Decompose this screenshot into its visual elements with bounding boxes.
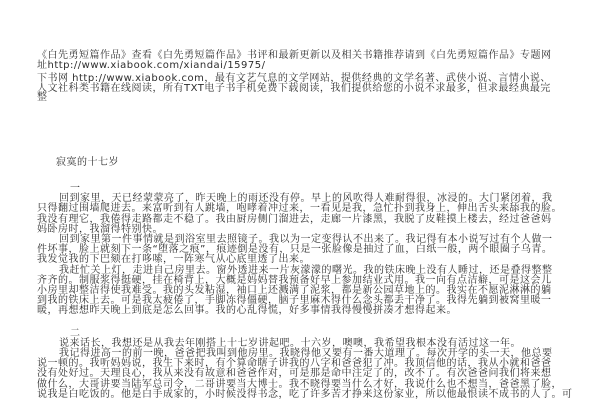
site-promo-note: 《白先勇短篇作品》查看《白先勇短篇作品》书评和最新更新以及相关书籍推荐请到《白先…: [37, 51, 572, 103]
text-line: 址http://www.xiabook.com/xiandai/15975/: [37, 61, 572, 71]
story-body: 一回到家里，天已经蒙蒙亮了，昨天晚上的雨还没有停。早上的风吹得人难耐得很，冰浸的…: [37, 184, 577, 400]
text-line: 说我是白吃饭的。他是白手成家的，小时候没得书念，吃了许多苦才挣来这份家业，所以他…: [37, 390, 577, 400]
text-line: 暖，再想想昨天晚上到底是怎么回事。我的心乱得慌，好多事情我得慢慢拼凑才想得起来。: [37, 306, 577, 316]
text-line: 人文社科类书籍在线阅读，所有TXT电子书手机免费下载阅读，我们提供给您的小说不求…: [37, 84, 572, 94]
promo-paragraph-site-description: 下书网 http://www.xiabook.com，最有文艺气息的文学网站，提…: [37, 74, 572, 103]
story-title: 寂寞的十七岁: [37, 157, 119, 168]
ebook-text-page: 《白先勇短篇作品》查看《白先勇短篇作品》书评和最新更新以及相关书籍推荐请到《白先…: [0, 0, 600, 400]
promo-paragraph-topic-link: 《白先勇短篇作品》查看《白先勇短篇作品》书评和最新更新以及相关书籍推荐请到《白先…: [37, 51, 572, 70]
text-line: 整: [37, 93, 572, 103]
